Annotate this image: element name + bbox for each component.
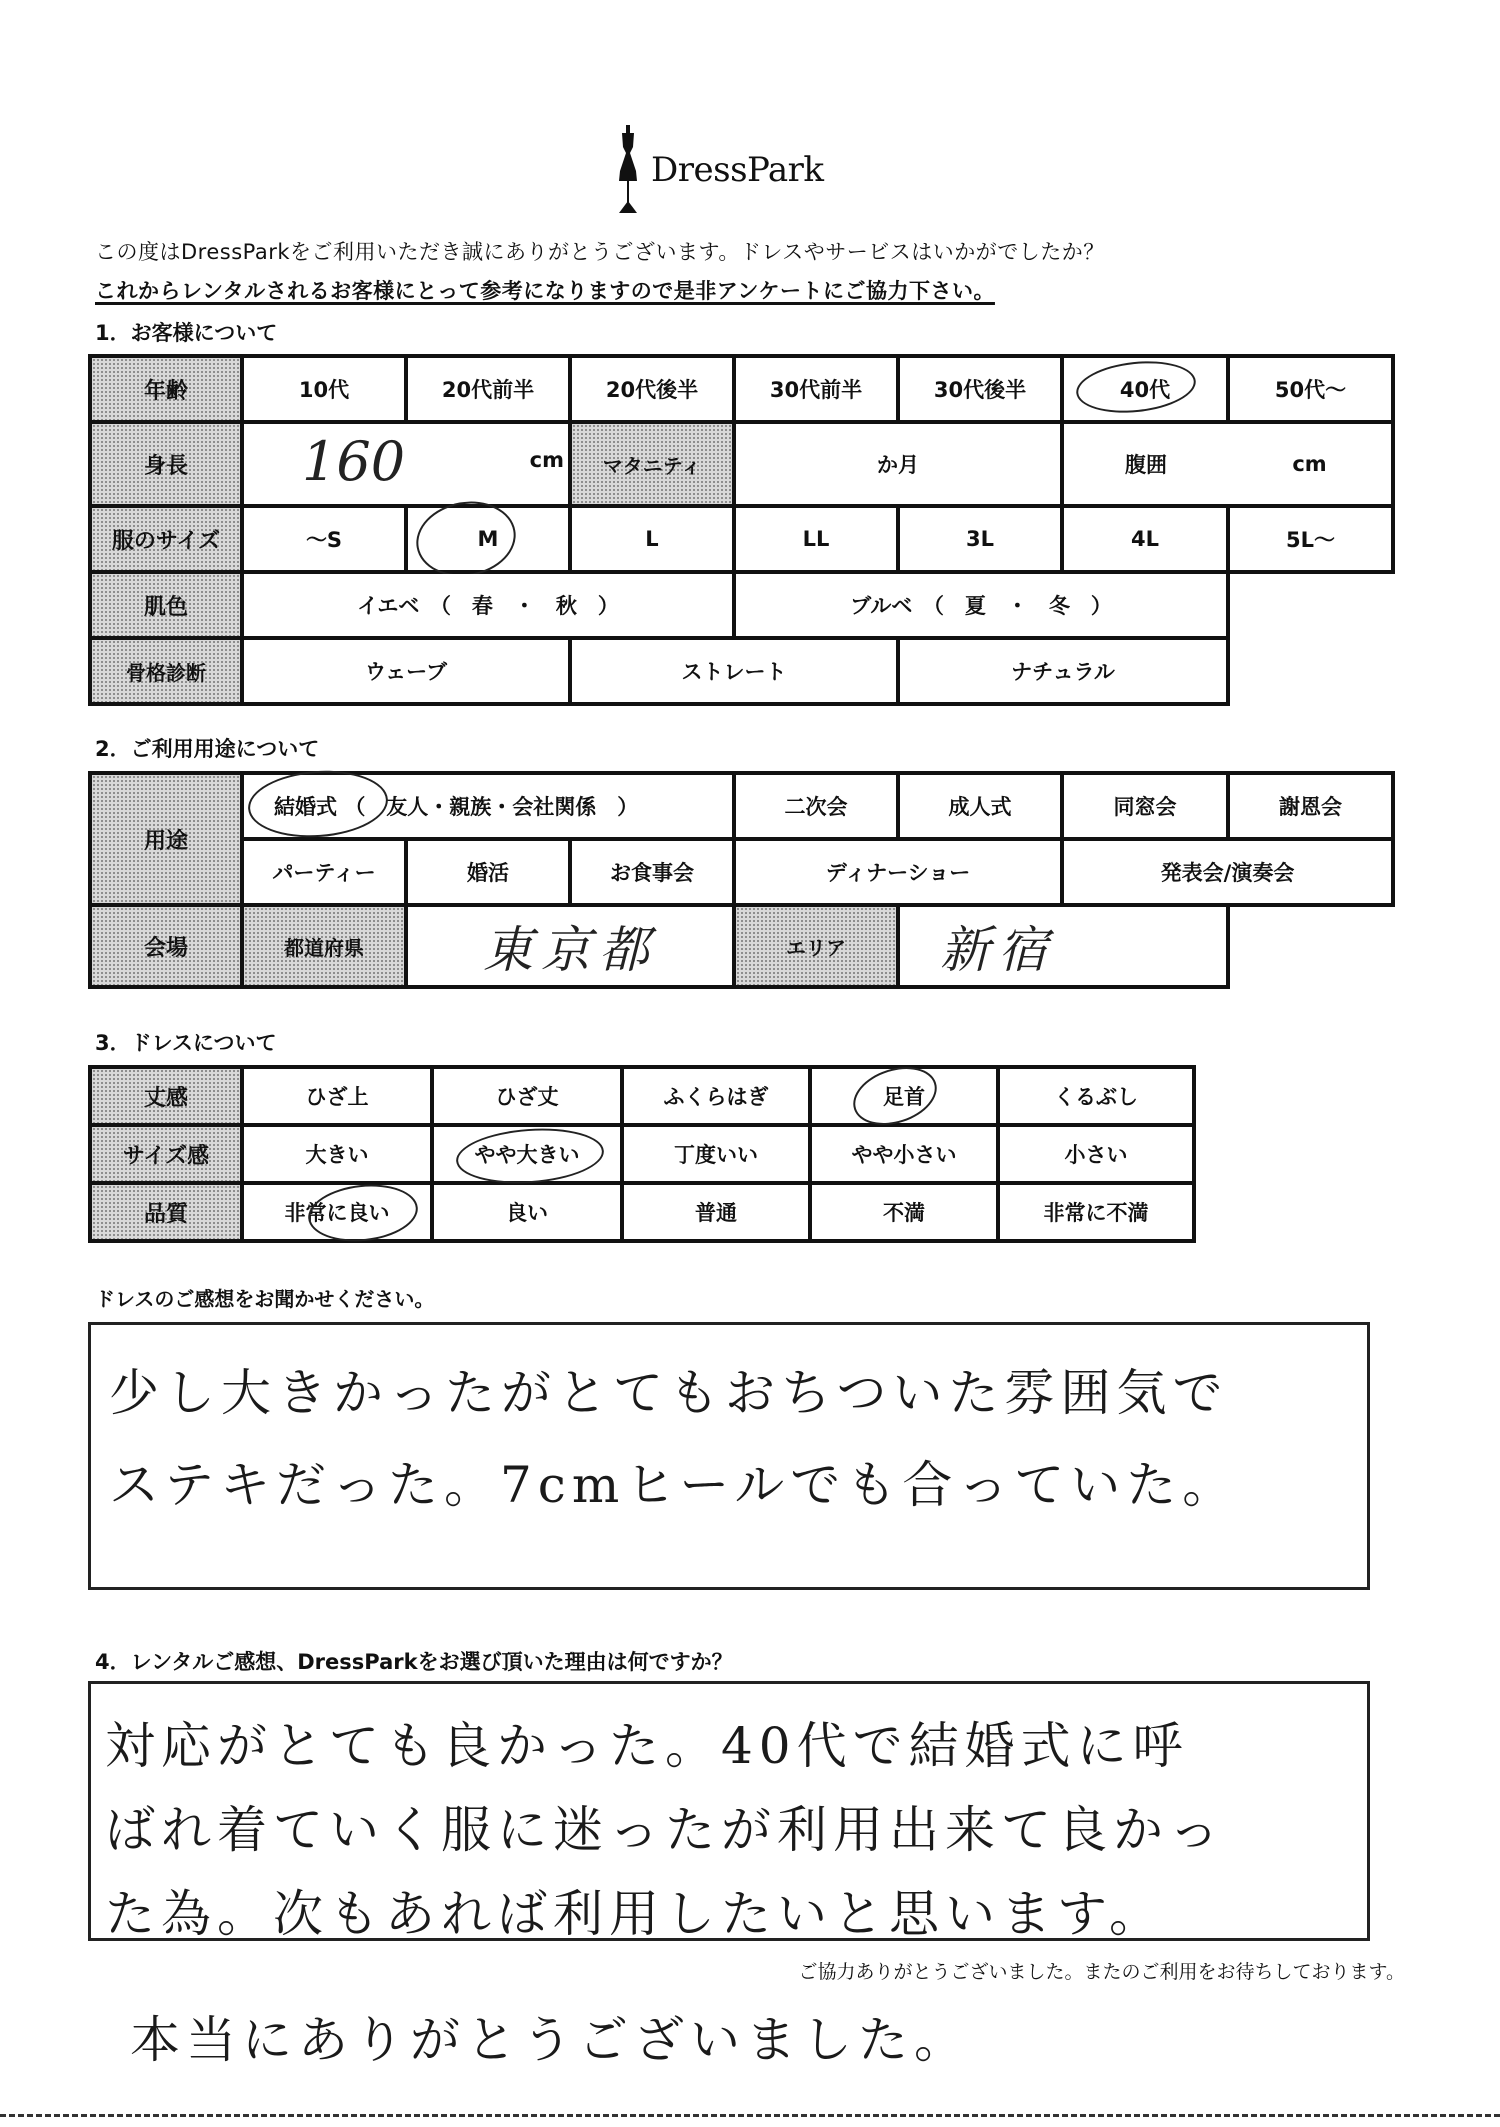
waist-unit: cm — [1292, 452, 1326, 476]
area-field[interactable]: 新宿 — [898, 905, 1228, 987]
maternity-label: マタニティ — [570, 422, 734, 506]
quality-option-poor[interactable]: 不満 — [810, 1183, 998, 1241]
prefecture-value: 東京都 — [483, 921, 657, 979]
page-bottom-edge — [0, 2114, 1500, 2117]
usage-table: 用途 結婚式 （ 友人・親族・会社関係 ） 二次会 成人式 同窓会 謝恩会 パー… — [88, 771, 1395, 989]
prefecture-label: 都道府県 — [242, 905, 406, 987]
rental-feedback-box[interactable]: 対応がとても良かった。40代で結婚式に呼 ばれ着ていく服に迷ったが利用出来て良か… — [88, 1681, 1370, 1941]
age-option-late30s[interactable]: 30代後半 — [898, 356, 1062, 422]
size-option-m[interactable]: M — [406, 506, 570, 572]
age-label: 年齢 — [90, 356, 242, 422]
brand-logo: DressPark — [615, 125, 824, 215]
quality-option-good[interactable]: 良い — [432, 1183, 622, 1241]
fit-option-slightly-small[interactable]: やや小さい — [810, 1125, 998, 1183]
purpose-option-afterparty[interactable]: 二次会 — [734, 773, 898, 839]
customer-info-table: 年齢 10代 20代前半 20代後半 30代前半 30代後半 40代 50代～ … — [88, 354, 1395, 706]
size-option-3l[interactable]: 3L — [898, 506, 1062, 572]
quality-option-average[interactable]: 普通 — [622, 1183, 810, 1241]
wedding-relation-options: （ 友人・親族・会社関係 ） — [344, 795, 638, 819]
skin-label: 肌色 — [90, 572, 242, 638]
rental-feedback-line-3: た為。次もあれば利用したいと思います。 — [105, 1874, 1165, 1946]
purpose-option-dinner-show[interactable]: ディナーショー — [734, 839, 1062, 905]
age-option-10s[interactable]: 10代 — [242, 356, 406, 422]
purpose-option-konkatsu[interactable]: 婚活 — [406, 839, 570, 905]
purpose-option-wedding[interactable]: 結婚式 （ 友人・親族・会社関係 ） — [242, 773, 734, 839]
empty-cell — [1228, 572, 1393, 638]
rental-feedback-line-1: 対応がとても良かった。40代で結婚式に呼 — [105, 1706, 1189, 1778]
dress-comment-prompt: ドレスのご感想をお聞かせください。 — [95, 1283, 434, 1312]
thanks-message: ご協力ありがとうございました。またのご利用をお待ちしております。 — [799, 1957, 1405, 1984]
length-label: 丈感 — [90, 1067, 242, 1125]
maternity-months-field[interactable]: か月 — [734, 422, 1062, 506]
section2-title: 2．ご利用用途について — [95, 733, 319, 763]
skin-option-blue-base[interactable]: ブルベ （ 夏 ・ 冬 ） — [734, 572, 1228, 638]
area-label: エリア — [734, 905, 898, 987]
age-option-40s-label: 40代 — [1120, 378, 1170, 402]
wedding-label: 結婚式 — [274, 795, 337, 819]
purpose-option-coming-of-age[interactable]: 成人式 — [898, 773, 1062, 839]
height-unit: cm — [530, 448, 564, 472]
purpose-label: 用途 — [90, 773, 242, 905]
purpose-option-party[interactable]: パーティー — [242, 839, 406, 905]
length-option-above-knee[interactable]: ひざ上 — [242, 1067, 432, 1125]
empty-cell — [1228, 638, 1393, 704]
size-option-4l[interactable]: 4L — [1062, 506, 1228, 572]
purpose-option-thank-you-party[interactable]: 謝恩会 — [1228, 773, 1393, 839]
intro-request: これからレンタルされるお客様にとって参考になりますので是非アンケートにご協力下さ… — [95, 275, 995, 305]
purpose-option-reunion[interactable]: 同窓会 — [1062, 773, 1228, 839]
size-option-ll[interactable]: LL — [734, 506, 898, 572]
dress-comment-line-2: ステキだった。7cmヒールでも合っていた。 — [109, 1445, 1238, 1517]
intro-text: この度はDressParkをご利用いただき誠にありがとうございます。ドレスやサー… — [95, 236, 1105, 266]
handwritten-thanks: 本当にありがとうございました。 — [130, 2000, 970, 2072]
skin-option-yellow-base[interactable]: イエベ （ 春 ・ 秋 ） — [242, 572, 734, 638]
size-label: 服のサイズ — [90, 506, 242, 572]
size-option-5l-plus[interactable]: 5L～ — [1228, 506, 1393, 572]
months-unit: か月 — [877, 453, 919, 477]
fit-option-slightly-large[interactable]: やや大きい — [432, 1125, 622, 1183]
quality-option-excellent-label: 非常に良い — [285, 1201, 390, 1225]
frame-label: 骨格診断 — [90, 638, 242, 704]
section4-title: 4．レンタルご感想、DressParkをお選び頂いた理由は何ですか？ — [95, 1646, 733, 1676]
purpose-option-dinner[interactable]: お食事会 — [570, 839, 734, 905]
age-option-40s[interactable]: 40代 — [1062, 356, 1228, 422]
dress-form-icon — [615, 125, 641, 215]
dress-comment-line-1: 少し大きかったがとてもおちついた雰囲気で — [109, 1353, 1229, 1425]
quality-option-excellent[interactable]: 非常に良い — [242, 1183, 432, 1241]
fit-option-large[interactable]: 大きい — [242, 1125, 432, 1183]
prefecture-field[interactable]: 東京都 — [406, 905, 734, 987]
size-option-l[interactable]: L — [570, 506, 734, 572]
quality-option-very-poor[interactable]: 非常に不満 — [998, 1183, 1194, 1241]
frame-option-natural[interactable]: ナチュラル — [898, 638, 1228, 704]
age-option-early30s[interactable]: 30代前半 — [734, 356, 898, 422]
waist-field[interactable]: cm — [1228, 422, 1393, 506]
height-label: 身長 — [90, 422, 242, 506]
quality-label: 品質 — [90, 1183, 242, 1241]
size-option-s[interactable]: ～S — [242, 506, 406, 572]
section1-title: 1．お客様について — [95, 317, 277, 347]
empty-cell — [1228, 905, 1393, 987]
length-option-ankle[interactable]: 足首 — [810, 1067, 998, 1125]
venue-label: 会場 — [90, 905, 242, 987]
dress-feedback-table: 丈感 ひざ上 ひざ丈 ふくらはぎ 足首 くるぶし サイズ感 大きい やや大きい … — [88, 1065, 1196, 1243]
waist-label: 腹囲 — [1062, 422, 1228, 506]
fit-option-small[interactable]: 小さい — [998, 1125, 1194, 1183]
selection-circle — [410, 494, 521, 584]
fit-option-slightly-large-label: やや大きい — [475, 1143, 580, 1167]
length-option-knee[interactable]: ひざ丈 — [432, 1067, 622, 1125]
dress-comment-box[interactable]: 少し大きかったがとてもおちついた雰囲気で ステキだった。7cmヒールでも合ってい… — [88, 1322, 1370, 1590]
length-option-calf[interactable]: ふくらはぎ — [622, 1067, 810, 1125]
purpose-option-recital[interactable]: 発表会/演奏会 — [1062, 839, 1393, 905]
section3-title: 3．ドレスについて — [95, 1027, 277, 1057]
age-option-50s-plus[interactable]: 50代～ — [1228, 356, 1393, 422]
height-field[interactable]: 160 cm — [242, 422, 570, 506]
size-option-m-label: M — [478, 527, 499, 551]
length-option-ankle-label: 足首 — [883, 1085, 925, 1109]
age-option-early20s[interactable]: 20代前半 — [406, 356, 570, 422]
fit-option-just-right[interactable]: 丁度いい — [622, 1125, 810, 1183]
length-option-anklebone[interactable]: くるぶし — [998, 1067, 1194, 1125]
frame-option-wave[interactable]: ウェーブ — [242, 638, 570, 704]
age-option-late20s[interactable]: 20代後半 — [570, 356, 734, 422]
brand-name: DressPark — [651, 150, 824, 190]
fit-label: サイズ感 — [90, 1125, 242, 1183]
frame-option-straight[interactable]: ストレート — [570, 638, 898, 704]
rental-feedback-line-2: ばれ着ていく服に迷ったが利用出来て良かっ — [105, 1790, 1225, 1862]
height-value: 160 — [302, 430, 405, 493]
area-value: 新宿 — [940, 921, 1056, 979]
